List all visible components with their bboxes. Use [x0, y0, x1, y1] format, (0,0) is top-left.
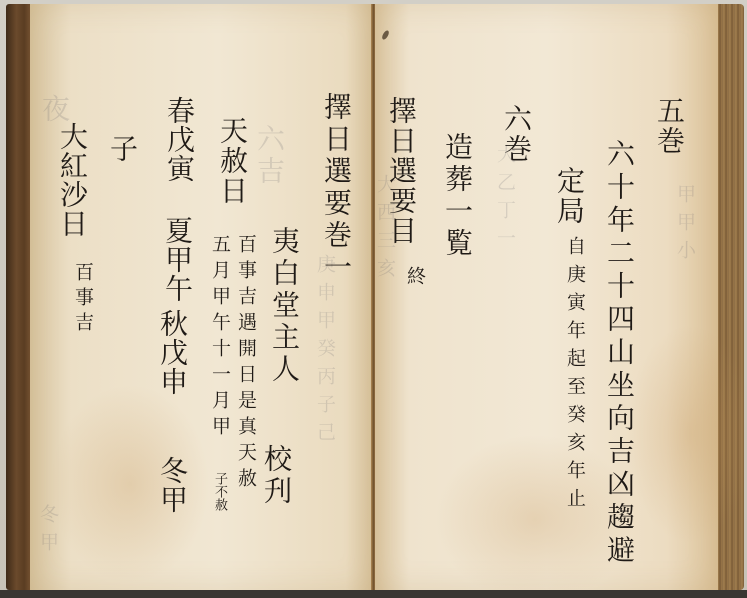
dahongsha-note: 百事吉: [73, 262, 92, 337]
bleed-through-text: 甲甲小: [675, 184, 694, 268]
table-surface: [0, 590, 747, 598]
proofread-label: 校刋: [262, 444, 290, 508]
margin-mark: [381, 29, 390, 40]
right-page: 大乙丁一 大西三亥 甲甲小 五巻 六十年二十四山坐向吉凶趨避 六巻 定局 自庚寅…: [375, 4, 718, 590]
vol6-heading: 六巻: [502, 104, 530, 164]
bleed-through-text: 六吉: [255, 124, 283, 188]
open-book: 六吉 庚申甲癸丙子己 夜 冬甲 擇日選要巻一 夷白堂主人 校刋 天赦日 百事吉遇…: [0, 0, 747, 598]
left-cover-edge: [6, 4, 32, 590]
bleed-through-text: 冬甲: [38, 504, 57, 560]
tianshe-heading: 天赦日: [218, 116, 246, 206]
season-summer: 夏甲午: [163, 216, 191, 303]
left-page: 六吉 庚申甲癸丙子己 夜 冬甲 擇日選要巻一 夷白堂主人 校刋 天赦日 百事吉遇…: [30, 4, 373, 590]
tianshe-note: 百事吉遇開日是真天赦: [236, 234, 255, 494]
toc-end-mark: 終: [405, 266, 424, 294]
dingju-note: 自庚寅年起至癸亥年止: [565, 236, 584, 516]
zaozang-title: 造葬一覧: [443, 132, 471, 260]
season-autumn: 秋戊申: [158, 309, 186, 396]
author-name: 夷白堂主人: [270, 226, 298, 386]
zi-character: 子: [108, 134, 136, 166]
water-stain: [625, 324, 747, 544]
vol5-heading: 五巻: [655, 96, 683, 156]
tianshe-note: 五月甲午十一月甲: [210, 234, 229, 442]
book-title: 擇日選要巻一: [322, 92, 350, 284]
vol5-title: 六十年二十四山坐向吉凶趨避: [605, 139, 633, 568]
season-spring: 春戊寅: [165, 96, 193, 183]
dingju-title: 定局: [555, 166, 583, 226]
tianshe-note-small: 子不赦: [213, 472, 226, 511]
season-winter: 冬甲: [158, 456, 186, 514]
dahongsha-heading: 大紅沙日: [58, 122, 86, 238]
toc-end-title: 擇日選要目: [387, 96, 415, 246]
